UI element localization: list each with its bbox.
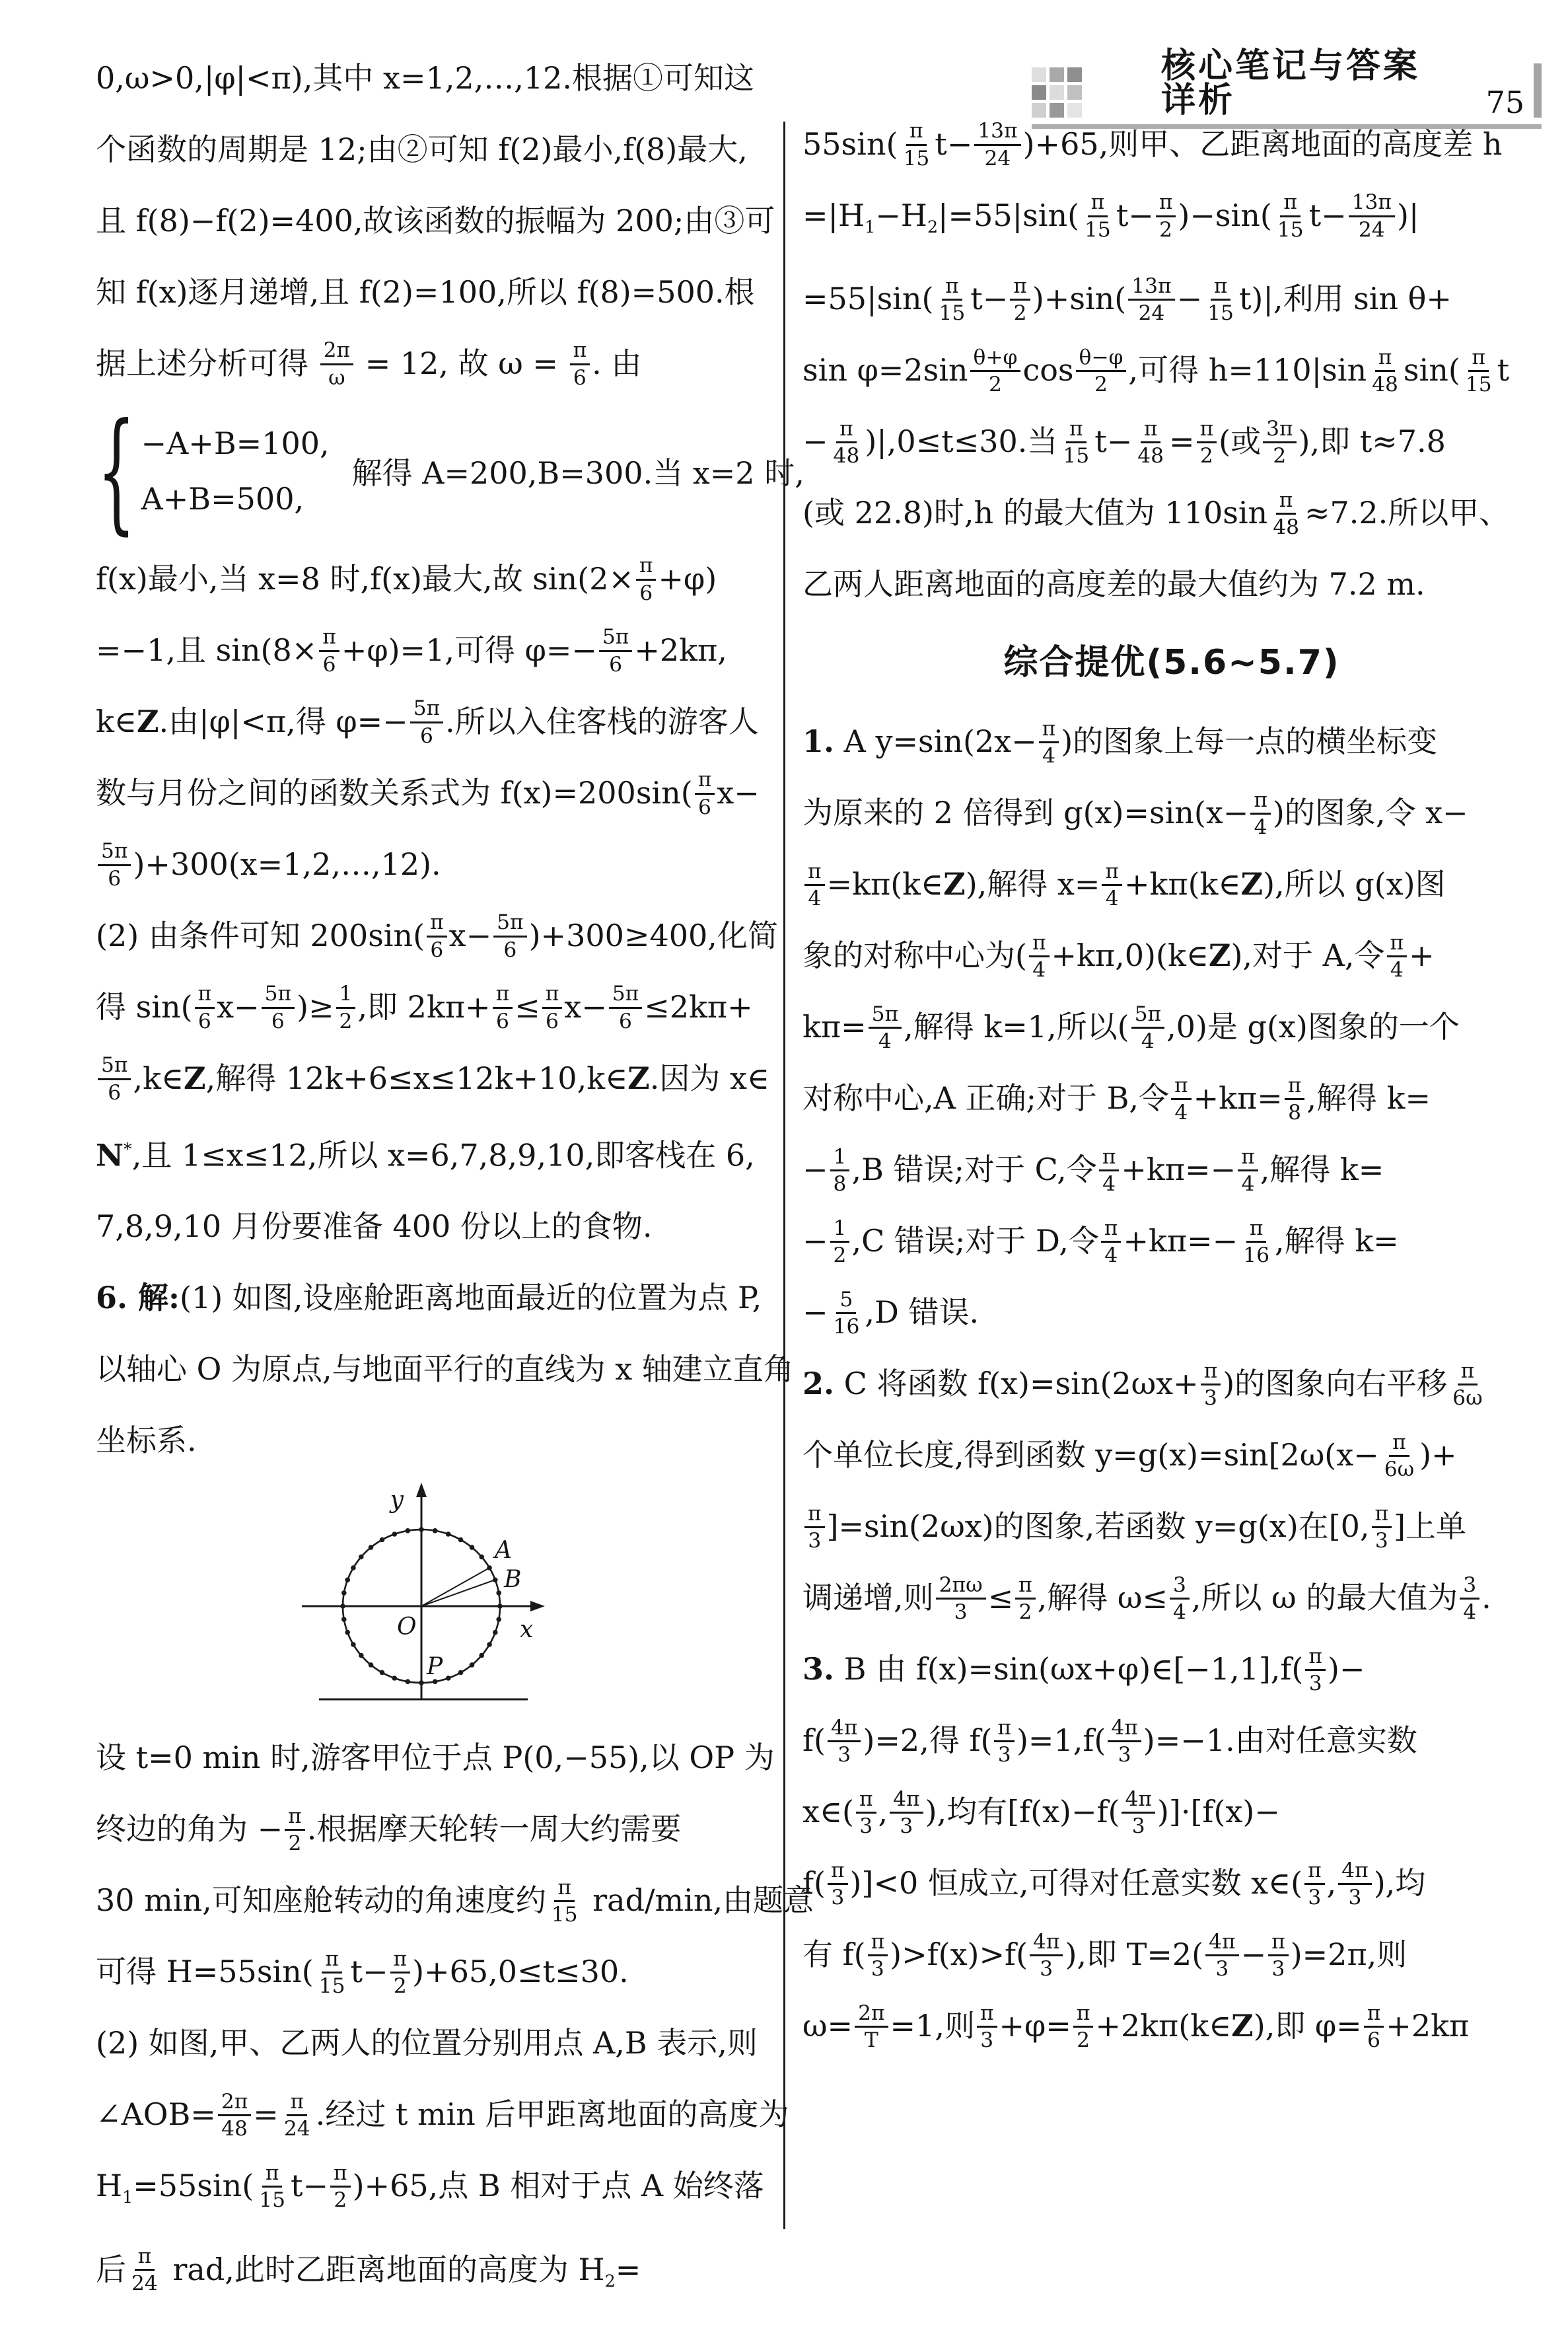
origin-label: O: [397, 1613, 417, 1641]
text-line: 坐标系.: [96, 1405, 766, 1476]
text-line: 0,ω>0,|φ|<π),其中 x=1,2,…,12.根据①可知这: [96, 42, 766, 114]
radius-ob-line: [421, 1580, 495, 1606]
point-p-label: P: [426, 1653, 443, 1680]
text-line: 乙两人距离地面的高度差的最大值约为 7.2 m.: [802, 548, 1541, 620]
text-line: π4=kπ(k∈Z),解得 x=π4+kπ(k∈Z),所以 g(x)图: [802, 848, 1541, 920]
text-line: 数与月份之间的函数关系式为 f(x)=200sin(π6x−: [96, 757, 766, 829]
system-tail-text: 解得 A=200,B=300.当 x=2 时,: [352, 449, 804, 493]
ferris-wheel-figure: y x O A B P: [96, 1481, 766, 1713]
wheel-cabin-dot: [497, 1604, 503, 1609]
text-line: 终边的角为 −π2.根据摩天轮转一周大约需要: [96, 1793, 766, 1864]
text-line: f(4π3)=2,得 f(π3)=1,f(4π3)=−1.由对任意实数: [802, 1705, 1541, 1776]
wheel-cabin-dot: [419, 1528, 424, 1533]
wheel-cabin-dot: [458, 1670, 463, 1676]
wheel-cabin-dot: [479, 1555, 484, 1560]
wheel-cabin-dot: [345, 1578, 350, 1583]
system-equation: A+B=500,: [141, 481, 330, 517]
text-line: 5π6,k∈Z,解得 12k+6≤x≤12k+10,k∈Z.因为 x∈: [96, 1043, 766, 1114]
x-axis-label: x: [520, 1616, 533, 1643]
wheel-cabin-dot: [368, 1545, 373, 1551]
text-line: 可得 H=55sin(π15t−π2)+65,0≤t≤30.: [96, 1936, 766, 2007]
text-line: N*,且 1≤x≤12,所以 x=6,7,8,9,10,即客栈在 6,: [96, 1114, 766, 1191]
text-line: (2) 由条件可知 200sin(π6x−5π6)+300≥400,化简: [96, 900, 766, 971]
wheel-cabin-dot: [469, 1545, 474, 1551]
wheel-cabin-dot: [496, 1590, 501, 1596]
text-line: 7,8,9,10 月份要准备 400 份以上的食物.: [96, 1191, 766, 1262]
text-line: 有 f(π3)>f(x)>f(4π3),即 T=2(4π3−π3)=2π,则: [802, 1919, 1541, 1990]
text-line: 为原来的 2 倍得到 g(x)=sin(x−π4)的图象,令 x−: [802, 777, 1541, 848]
y-axis-label: y: [388, 1487, 404, 1514]
wheel-cabin-dot: [445, 1676, 450, 1681]
text-line: 得 sin(π6x−5π6)≥12,即 2kπ+π6≤π6x−5π6≤2kπ+: [96, 971, 766, 1043]
text-line: =55|sin(π15t−π2)+sin(13π24−π15t)|,利用 sin…: [802, 263, 1541, 334]
section-heading: 综合提优(5.6~5.7): [802, 620, 1541, 706]
wheel-cabin-dot: [487, 1642, 492, 1648]
wheel-cabin-dot: [359, 1653, 364, 1658]
wheel-cabin-dot: [379, 1537, 384, 1543]
text-line: 55sin(π15t−13π24)+65,则甲、乙距离地面的高度差 h: [802, 108, 1541, 180]
text-line: 后π24 rad,此时乙距离地面的高度为 H2=: [96, 2234, 766, 2317]
text-line: −18,B 错误;对于 C,令π4+kπ=−π4,解得 k=: [802, 1134, 1541, 1205]
wheel-cabin-dot: [493, 1630, 498, 1635]
system-equation: −A+B=100,: [141, 425, 330, 461]
wheel-cabin-dot: [341, 1617, 347, 1623]
text-line: f(x)最小,当 x=8 时,f(x)最大,故 sin(2×π6+φ): [96, 543, 766, 614]
text-line: 调递增,则2πω3≤π2,解得 ω≤34,所以 ω 的最大值为34.: [802, 1562, 1541, 1633]
wheel-cabin-dot: [487, 1566, 492, 1571]
wheel-cabin-dot: [392, 1532, 397, 1537]
text-line: f(π3)]<0 恒成立,可得对任意实数 x∈(π3,4π3),均: [802, 1847, 1541, 1919]
left-column-text-top: 0,ω>0,|φ|<π),其中 x=1,2,…,12.根据①可知这个函数的周期是…: [96, 42, 766, 1476]
left-column: 0,ω>0,|φ|<π),其中 x=1,2,…,12.根据①可知这个函数的周期是…: [96, 42, 766, 2317]
wheel-cabin-dot: [351, 1566, 356, 1571]
text-line: sin φ=2sinθ+φ2cosθ−φ2,可得 h=110|sinπ48sin…: [802, 334, 1541, 406]
y-axis-arrow-icon: [416, 1483, 427, 1497]
wheel-cabin-dot: [405, 1528, 410, 1533]
wheel-cabin-dot: [379, 1670, 384, 1676]
text-line: 据上述分析可得 2πω = 12, 故 ω = π6. 由: [96, 328, 766, 399]
wheel-cabin-dot: [405, 1679, 410, 1685]
text-line: 3. B 由 f(x)=sin(ωx+φ)∈[−1,1],f(π3)−: [802, 1633, 1541, 1705]
wheel-cabin-dot: [359, 1555, 364, 1560]
radius-oa-line: [421, 1568, 489, 1606]
point-a-label: A: [493, 1537, 512, 1564]
text-line: 设 t=0 min 时,游客甲位于点 P(0,−55),以 OP 为: [96, 1722, 766, 1793]
equation-system-line: {−A+B=100,A+B=500,解得 A=200,B=300.当 x=2 时…: [96, 399, 766, 543]
text-line: 知 f(x)逐月递增,且 f(2)=100,所以 f(8)=500.根: [96, 256, 766, 328]
text-line: =|H1−H2|=55|sin(π15t−π2)−sin(π15t−13π24)…: [802, 180, 1541, 263]
wheel-cabin-dot: [345, 1630, 350, 1635]
wheel-cabin-dot: [341, 1590, 347, 1596]
wheel-cabin-dot: [419, 1681, 424, 1686]
text-line: 5π6)+300(x=1,2,…,12).: [96, 829, 766, 900]
page: 核心笔记与答案详析 75 0,ω>0,|φ|<π),其中 x=1,2,…,12.…: [0, 0, 1568, 2325]
text-line: x∈(π3,4π3),均有[f(x)−f(4π3)]·[f(x)−: [802, 1776, 1541, 1847]
wheel-cabin-dot: [392, 1676, 397, 1681]
text-line: kπ=5π4,解得 k=1,所以(5π4,0)是 g(x)图象的一个: [802, 991, 1541, 1062]
wheel-cabin-dot: [469, 1662, 474, 1668]
text-line: 2. C 将函数 f(x)=sin(2ωx+π3)的图象向右平移π6ω: [802, 1348, 1541, 1419]
text-line: ∠AOB=2π48=π24.经过 t min 后甲距离地面的高度为: [96, 2079, 766, 2150]
text-line: 且 f(8)−f(2)=400,故该函数的振幅为 200;由③可: [96, 185, 766, 256]
two-column-body: 0,ω>0,|φ|<π),其中 x=1,2,…,12.根据①可知这个函数的周期是…: [96, 42, 1541, 2317]
text-line: (或 22.8)时,h 的最大值为 110sinπ48≈7.2.所以甲、: [802, 477, 1541, 548]
text-line: 1. A y=sin(2x−π4)的图象上每一点的横坐标变: [802, 706, 1541, 777]
text-line: 6. 解:(1) 如图,设座舱距离地面最近的位置为点 P,: [96, 1262, 766, 1333]
text-line: H1=55sin(π15t−π2)+65,点 B 相对于点 A 始终落: [96, 2150, 766, 2233]
right-column: 55sin(π15t−13π24)+65,则甲、乙距离地面的高度差 h=|H1−…: [802, 42, 1541, 2317]
text-line: 象的对称中心为(π4+kπ,0)(k∈Z),对于 A,令π4+: [802, 920, 1541, 991]
text-line: k∈Z.由|φ|<π,得 φ=−5π6.所以入住客栈的游客人: [96, 686, 766, 757]
column-divider: [783, 122, 785, 2229]
wheel-cabin-dot: [432, 1528, 437, 1533]
text-line: −516,D 错误.: [802, 1276, 1541, 1348]
wheel-cabin-dot: [340, 1604, 345, 1609]
left-column-text-bottom: 设 t=0 min 时,游客甲位于点 P(0,−55),以 OP 为终边的角为 …: [96, 1722, 766, 2316]
ferris-wheel-diagram: y x O A B P: [293, 1481, 570, 1713]
wheel-cabin-dot: [458, 1537, 463, 1543]
wheel-cabin-dot: [496, 1617, 501, 1623]
system-brace: {: [97, 395, 136, 547]
text-line: −12,C 错误;对于 D,令π4+kπ=−π16,解得 k=: [802, 1205, 1541, 1276]
wheel-cabin-dot: [479, 1653, 484, 1658]
text-line: (2) 如图,甲、乙两人的位置分别用点 A,B 表示,则: [96, 2007, 766, 2079]
point-b-label: B: [503, 1566, 521, 1593]
wheel-cabin-dot: [445, 1532, 450, 1537]
text-line: −π48)|,0≤t≤30.当π15t−π48=π2(或3π2),即 t≈7.8: [802, 406, 1541, 477]
text-line: 个单位长度,得到函数 y=g(x)=sin[2ω(x−π6ω)+: [802, 1419, 1541, 1491]
text-line: 30 min,可知座舱转动的角速度约π15 rad/min,由题意: [96, 1864, 766, 1936]
text-line: 个函数的周期是 12;由②可知 f(2)最小,f(8)最大,: [96, 114, 766, 185]
text-line: =−1,且 sin(8×π6+φ)=1,可得 φ=−5π6+2kπ,: [96, 614, 766, 686]
x-axis-arrow-icon: [530, 1601, 545, 1611]
text-line: 对称中心,A 正确;对于 B,令π4+kπ=π8,解得 k=: [802, 1062, 1541, 1134]
text-line: π3]=sin(2ωx)的图象,若函数 y=g(x)在[0,π3]上单: [802, 1491, 1541, 1562]
right-column-text: 55sin(π15t−13π24)+65,则甲、乙距离地面的高度差 h=|H1−…: [802, 108, 1541, 2061]
wheel-cabin-dot: [368, 1662, 373, 1668]
wheel-cabin-dot: [351, 1642, 356, 1648]
text-line: 以轴心 O 为原点,与地面平行的直线为 x 轴建立直角: [96, 1333, 766, 1405]
text-line: ω=2πT=1,则π3+φ=π2+2kπ(k∈Z),即 φ=π6+2kπ: [802, 1990, 1541, 2061]
